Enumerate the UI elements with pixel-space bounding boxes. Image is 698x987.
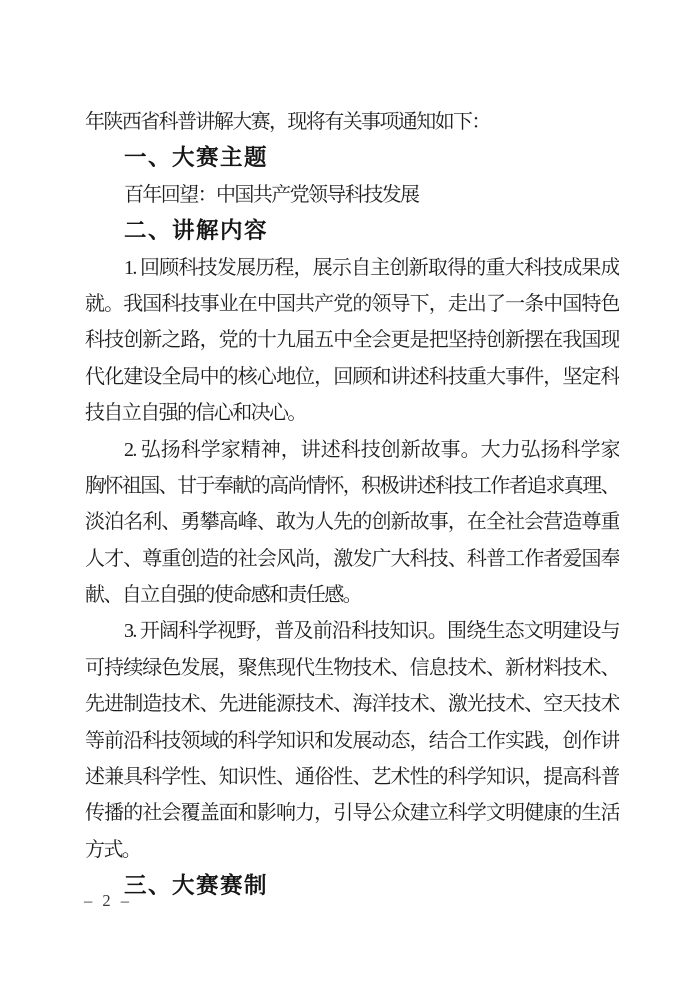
document-page: 年陕西省科普讲解大赛，现将有关事项通知如下： 一、大赛主题百年回望：中国共产党领…	[0, 0, 698, 987]
body-line: 代化建设全局中的核心地位，回顾和讲述科技重大事件，坚定科	[85, 359, 619, 395]
document-blocks: 一、大赛主题百年回望：中国共产党领导科技发展二、讲解内容1. 回顾科技发展历程，…	[85, 140, 619, 904]
body-line: 科技创新之路，党的十九届五中全会更是把坚持创新摆在我国现	[85, 322, 619, 358]
theme-line: 百年回望：中国共产党领导科技发展	[85, 177, 619, 213]
body-line: 就。我国科技事业在中国共产党的领导下，走出了一条中国特色	[85, 286, 619, 322]
document-body: 年陕西省科普讲解大赛，现将有关事项通知如下： 一、大赛主题百年回望：中国共产党领…	[85, 104, 619, 905]
body-line: 淡泊名利、勇攀高峰、敢为人先的创新故事，在全社会营造尊重	[85, 504, 619, 540]
body-line: 等前沿科技领域的科学知识和发展动态，结合工作实践，创作讲	[85, 723, 619, 759]
body-line: 人才、尊重创造的社会风尚，激发广大科技、科普工作者爱国奉	[85, 541, 619, 577]
section-heading: 一、大赛主题	[85, 140, 619, 176]
body-line: 胸怀祖国、甘于奉献的高尚情怀，积极讲述科技工作者追求真理、	[85, 468, 619, 504]
body-line: 1. 回顾科技发展历程，展示自主创新取得的重大科技成果成	[85, 250, 619, 286]
intro-line: 年陕西省科普讲解大赛，现将有关事项通知如下：	[85, 104, 619, 140]
body-line: 2. 弘扬科学家精神，讲述科技创新故事。大力弘扬科学家	[85, 432, 619, 468]
body-line: 技自立自强的信心和决心。	[85, 395, 619, 431]
section-heading: 二、讲解内容	[85, 213, 619, 249]
body-line: 献、自立自强的使命感和责任感。	[85, 577, 619, 613]
section-heading: 三、大赛赛制	[85, 868, 619, 904]
body-line: 可持续绿色发展，聚焦现代生物技术、信息技术、新材料技术、	[85, 650, 619, 686]
body-line: 述兼具科学性、知识性、通俗性、艺术性的科学知识，提高科普	[85, 759, 619, 795]
body-line: 先进制造技术、先进能源技术、海洋技术、激光技术、空天技术	[85, 686, 619, 722]
body-line: 方式。	[85, 832, 619, 868]
body-line: 3. 开阔科学视野，普及前沿科技知识。围绕生态文明建设与	[85, 613, 619, 649]
body-line: 传播的社会覆盖面和影响力，引导公众建立科学文明健康的生活	[85, 795, 619, 831]
page-number: – 2 –	[84, 891, 132, 911]
